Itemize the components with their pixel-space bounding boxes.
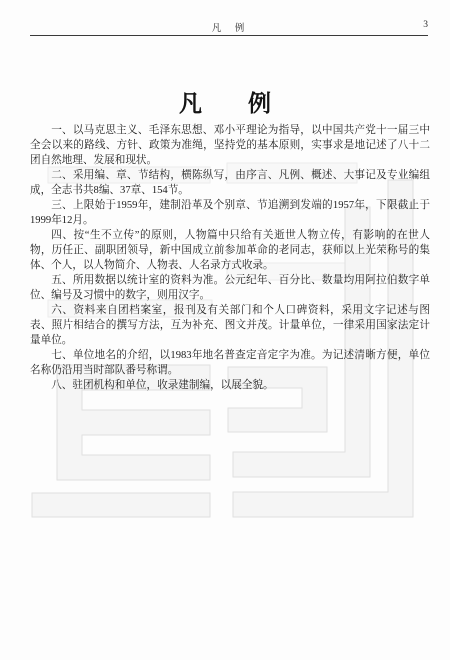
paragraph-item-1: 一、以马克思主义、毛泽东思想、邓小平理论为指导，以中国共产党十一届三中全会以来的… xyxy=(30,123,430,168)
paragraph-item-4: 四、按“生不立传”的原则，人物篇中只给有关逝世人物立传，有影响的在世人物，历任正… xyxy=(30,228,430,273)
paragraph-item-7: 七、单位地名的介绍，以1983年地名普查定音定字为准。为记述清晰方便，单位名称仍… xyxy=(30,348,430,378)
page-title: 凡 例 xyxy=(0,85,450,118)
paragraph-item-2: 二、采用编、章、节结构，横陈纵写，由序言、凡例、概述、大事记及专业编组成，全志书… xyxy=(30,168,430,198)
document-page: 凡 例 3 凡 例 一、以马克思主义、毛泽东思想、邓小平理论为指导，以中国共产党… xyxy=(0,0,450,660)
paragraph-item-5: 五、所用数据以统计室的资料为准。公元纪年、百分比、数量均用阿拉伯数字单位、编号及… xyxy=(30,273,430,303)
body-text: 一、以马克思主义、毛泽东思想、邓小平理论为指导，以中国共产党十一届三中全会以来的… xyxy=(30,123,430,393)
paragraph-item-8: 八、驻团机构和单位，收录建制编，以展全貌。 xyxy=(30,378,430,393)
paragraph-item-6: 六、资料来自团档案室，报刊及有关部门和个人口碑资料，采用文字记述与图表、照片相结… xyxy=(30,303,430,348)
paragraph-item-3: 三、上限始于1959年，建制沿革及个别章、节追溯到发端的1957年，下限截止于1… xyxy=(30,198,430,228)
